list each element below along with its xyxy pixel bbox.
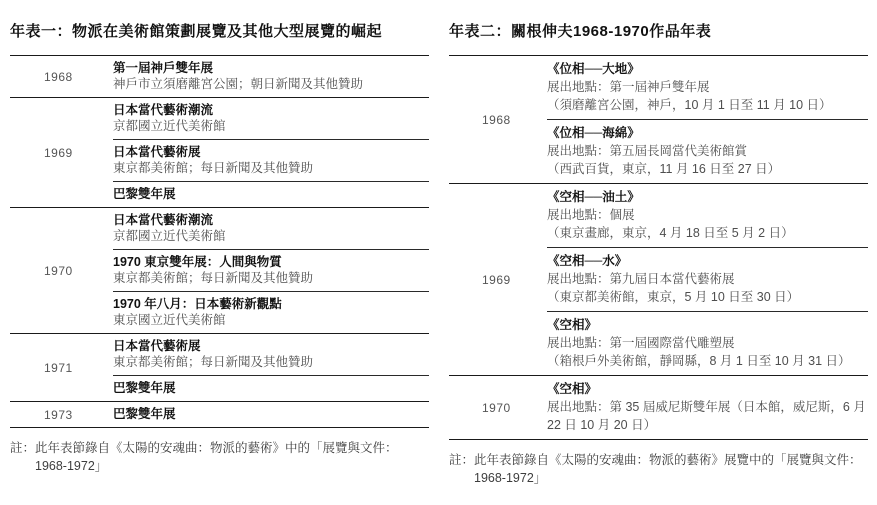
exhibition-entry: 巴黎雙年展 [113,402,429,427]
entry-list: 日本當代藝術潮流京都國立近代美術館日本當代藝術展東京都美術館；每日新聞及其他贊助… [113,98,429,207]
entry-detail: 東京國立近代美術館 [113,312,427,328]
entry-title: 巴黎雙年展 [113,380,427,396]
entry-detail: 東京都美術館；每日新聞及其他贊助 [113,160,427,176]
entry-title: 日本當代藝術潮流 [113,102,427,118]
entry-detail: 展出地點：第 35 屆威尼斯雙年展（日本館，威尼斯，6 月 22 日 10 月 … [547,398,866,434]
entry-detail: 展出地點：第九屆日本當代藝術展 [547,270,866,288]
entry-list: 第一屆神戶雙年展神戶市立須磨離宮公園；朝日新聞及其他贊助 [113,56,429,97]
exhibition-entry: 1970 東京雙年展：人間與物質東京都美術館；每日新聞及其他贊助 [113,249,429,291]
entry-title: 《空相──水》 [547,252,866,270]
exhibition-entry: 《空相》展出地點：第 35 屆威尼斯雙年展（日本館，威尼斯，6 月 22 日 1… [547,376,868,439]
entry-title: 巴黎雙年展 [113,186,427,202]
year-label: 1969 [449,184,547,375]
year-group: 1973巴黎雙年展 [10,402,429,428]
year-label: 1969 [10,98,113,207]
table-one-body: 1968第一屆神戶雙年展神戶市立須磨離宮公園；朝日新聞及其他贊助1969日本當代… [10,55,429,428]
entry-detail: 東京都美術館；每日新聞及其他贊助 [113,354,427,370]
entry-detail: （東京畫廊，東京，4 月 18 日至 5 月 2 日） [547,224,866,242]
entry-title: 1970 年八月：日本藝術新觀點 [113,296,427,312]
year-group: 1970日本當代藝術潮流京都國立近代美術館1970 東京雙年展：人間與物質東京都… [10,208,429,334]
year-group: 1968第一屆神戶雙年展神戶市立須磨離宮公園；朝日新聞及其他贊助 [10,56,429,98]
year-label: 1968 [10,56,113,97]
year-group: 1971日本當代藝術展東京都美術館；每日新聞及其他贊助巴黎雙年展 [10,334,429,402]
entry-detail: （箱根戶外美術館，靜岡縣，8 月 1 日至 10 月 31 日） [547,352,866,370]
exhibition-entry: 《空相──油土》展出地點：個展（東京畫廊，東京，4 月 18 日至 5 月 2 … [547,184,868,247]
entry-detail: 神戶市立須磨離宮公園；朝日新聞及其他贊助 [113,76,427,92]
entry-list: 日本當代藝術潮流京都國立近代美術館1970 東京雙年展：人間與物質東京都美術館；… [113,208,429,333]
year-group: 1970《空相》展出地點：第 35 屆威尼斯雙年展（日本館，威尼斯，6 月 22… [449,376,868,440]
year-label: 1971 [10,334,113,401]
exhibition-entry: 《空相──水》展出地點：第九屆日本當代藝術展（東京都美術館，東京，5 月 10 … [547,247,868,311]
entry-title: 巴黎雙年展 [113,406,427,422]
entry-detail: 東京都美術館；每日新聞及其他贊助 [113,270,427,286]
entry-title: 第一屆神戶雙年展 [113,60,427,76]
entry-title: 《空相》 [547,380,866,398]
entry-detail: 展出地點：個展 [547,206,866,224]
entry-detail: 京都國立近代美術館 [113,228,427,244]
year-label: 1970 [10,208,113,333]
entry-title: 日本當代藝術潮流 [113,212,427,228]
entry-detail: 展出地點：第一屆國際當代雕塑展 [547,334,866,352]
exhibition-entry: 日本當代藝術展東京都美術館；每日新聞及其他贊助 [113,334,429,375]
year-group: 1969《空相──油土》展出地點：個展（東京畫廊，東京，4 月 18 日至 5 … [449,184,868,376]
entry-detail: （西武百貨，東京，11 月 16 日至 27 日） [547,160,866,178]
year-label: 1970 [449,376,547,439]
table-two-title: 年表二：關根伸夫1968-1970作品年表 [449,22,868,42]
year-label: 1968 [449,56,547,183]
table-one-title: 年表一：物派在美術館策劃展覽及其他大型展覽的崛起 [10,22,429,42]
entry-title: 《空相──油土》 [547,188,866,206]
exhibition-entry: 《位相──海綿》展出地點：第五屆長岡當代美術館賞（西武百貨，東京，11 月 16… [547,119,868,183]
exhibition-entry: 巴黎雙年展 [113,375,429,401]
year-label: 1973 [10,402,113,427]
table-one-footnote: 註：此年表節錄自《太陽的安魂曲：物派的藝術》中的「展覽與文件：1968-1972… [10,439,429,475]
year-group: 1969日本當代藝術潮流京都國立近代美術館日本當代藝術展東京都美術館；每日新聞及… [10,98,429,208]
entry-title: 《位相──海綿》 [547,124,866,142]
year-group: 1968《位相──大地》展出地點：第一屆神戶雙年展（須磨離宮公園，神戶，10 月… [449,56,868,184]
exhibition-entry: 第一屆神戶雙年展神戶市立須磨離宮公園；朝日新聞及其他贊助 [113,56,429,97]
entry-list: 《位相──大地》展出地點：第一屆神戶雙年展（須磨離宮公園，神戶，10 月 1 日… [547,56,868,183]
entry-detail: 京都國立近代美術館 [113,118,427,134]
entry-detail: 展出地點：第一屆神戶雙年展 [547,78,866,96]
entry-list: 《空相》展出地點：第 35 屆威尼斯雙年展（日本館，威尼斯，6 月 22 日 1… [547,376,868,439]
entry-detail: 展出地點：第五屆長岡當代美術館賞 [547,142,866,160]
entry-title: 日本當代藝術展 [113,338,427,354]
exhibition-entry: 日本當代藝術潮流京都國立近代美術館 [113,98,429,139]
table-two-body: 1968《位相──大地》展出地點：第一屆神戶雙年展（須磨離宮公園，神戶，10 月… [449,55,868,440]
chronology-table-one: 年表一：物派在美術館策劃展覽及其他大型展覽的崛起 1968第一屆神戶雙年展神戶市… [10,22,429,505]
exhibition-entry: 《位相──大地》展出地點：第一屆神戶雙年展（須磨離宮公園，神戶，10 月 1 日… [547,56,868,119]
entry-title: 《位相──大地》 [547,60,866,78]
chronology-page: 年表一：物派在美術館策劃展覽及其他大型展覽的崛起 1968第一屆神戶雙年展神戶市… [0,0,877,505]
chronology-table-two: 年表二：關根伸夫1968-1970作品年表 1968《位相──大地》展出地點：第… [449,22,868,505]
entry-title: 1970 東京雙年展：人間與物質 [113,254,427,270]
entry-list: 《空相──油土》展出地點：個展（東京畫廊，東京，4 月 18 日至 5 月 2 … [547,184,868,375]
entry-title: 《空相》 [547,316,866,334]
exhibition-entry: 日本當代藝術潮流京都國立近代美術館 [113,208,429,249]
entry-detail: （東京都美術館，東京，5 月 10 日至 30 日） [547,288,866,306]
exhibition-entry: 《空相》展出地點：第一屆國際當代雕塑展（箱根戶外美術館，靜岡縣，8 月 1 日至… [547,311,868,375]
entry-detail: （須磨離宮公園，神戶，10 月 1 日至 11 月 10 日） [547,96,866,114]
exhibition-entry: 巴黎雙年展 [113,181,429,207]
entry-list: 巴黎雙年展 [113,402,429,427]
entry-title: 日本當代藝術展 [113,144,427,160]
entry-list: 日本當代藝術展東京都美術館；每日新聞及其他贊助巴黎雙年展 [113,334,429,401]
table-two-footnote: 註：此年表節錄自《太陽的安魂曲：物派的藝術》展覽中的「展覽與文件：1968-19… [449,451,868,487]
exhibition-entry: 1970 年八月：日本藝術新觀點東京國立近代美術館 [113,291,429,333]
exhibition-entry: 日本當代藝術展東京都美術館；每日新聞及其他贊助 [113,139,429,181]
